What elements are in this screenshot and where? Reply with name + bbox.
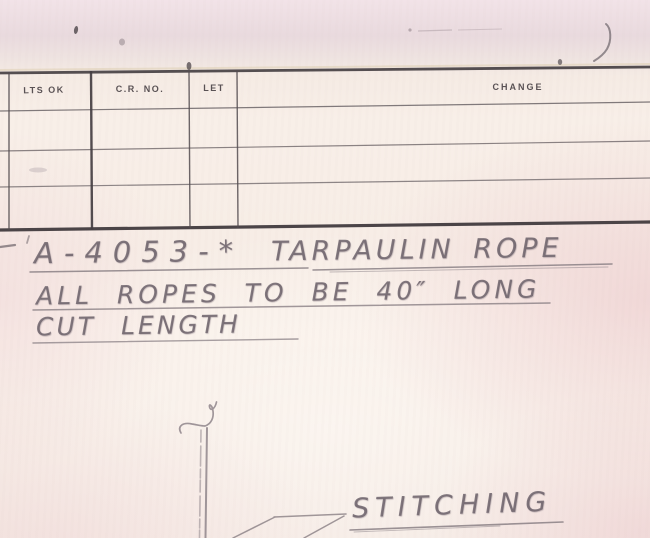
leader-dash xyxy=(0,236,29,247)
revision-col-cr-no: C.R. NO. xyxy=(97,84,183,94)
scanned-drawing-page: LTS OK C.R. NO. LET CHANGE A-4053-*TARPA… xyxy=(0,0,650,538)
paper-specks xyxy=(73,26,562,70)
cut-length-note: CUT LENGTH xyxy=(36,310,241,342)
revision-col-change: CHANGE xyxy=(478,82,558,92)
drawing-number: A-4053-* xyxy=(34,234,243,271)
drawing-title: TARPAULIN ROPE xyxy=(271,233,563,268)
rope-sketch xyxy=(180,402,217,538)
revision-col-lts-ok: LTS OK xyxy=(12,84,76,95)
revision-col-let: LET xyxy=(191,83,237,93)
table-row-smudge xyxy=(29,168,47,173)
bracket-mark xyxy=(594,24,610,61)
stitching-leader-line xyxy=(233,514,346,538)
drawing-number-note: A-4053-*TARPAULIN ROPE xyxy=(34,230,563,270)
